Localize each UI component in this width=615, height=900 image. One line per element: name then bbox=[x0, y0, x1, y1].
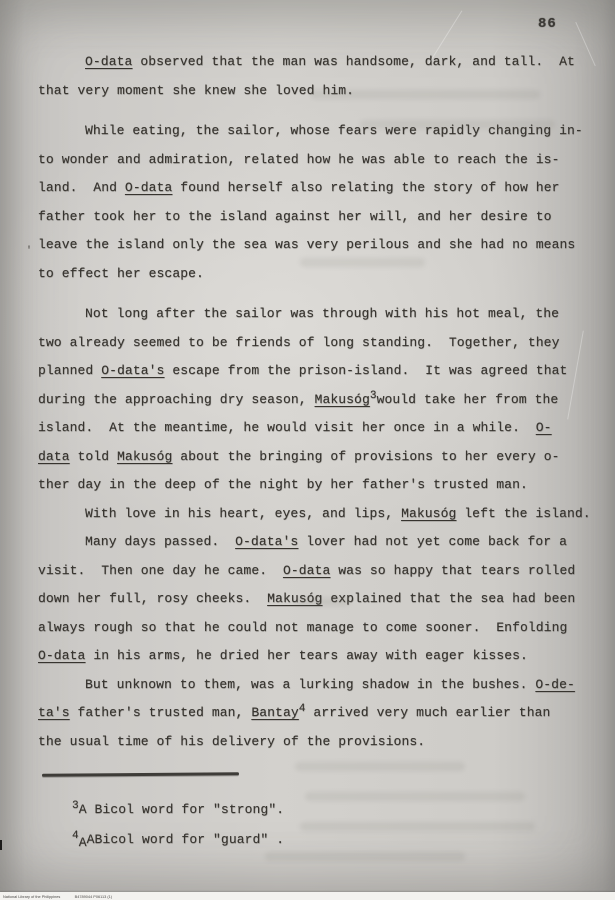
text-segment: two already seemed to be friends of long… bbox=[38, 335, 559, 350]
underlined-term: ta's bbox=[38, 705, 70, 720]
underlined-term: O-de- bbox=[535, 677, 575, 692]
footnote-separator-line bbox=[42, 772, 239, 777]
text-segment: father took her to the island against he… bbox=[38, 209, 552, 224]
scan-edge-mark bbox=[0, 840, 2, 850]
text-line: 4AABicol word for "guard" . bbox=[72, 825, 284, 855]
text-segment: A bbox=[79, 835, 87, 850]
underlined-term: O-data's bbox=[235, 534, 298, 549]
underlined-term: Makusóg bbox=[117, 449, 172, 464]
text-segment: left the island. bbox=[456, 506, 590, 521]
underlined-term: Bantay bbox=[251, 705, 298, 720]
text-segment: ther day in the deep of the night by her… bbox=[38, 477, 528, 492]
footnote-marker: 4 bbox=[299, 703, 306, 715]
page-number: 86 bbox=[538, 16, 557, 32]
scan-footer-text: National Library of the PhilippinesB4789… bbox=[3, 895, 112, 899]
text-line: 3A Bicol word for "strong". bbox=[72, 795, 284, 825]
bleed-through-smudge bbox=[310, 90, 540, 99]
underlined-term: O-data bbox=[38, 648, 85, 663]
text-segment: island. At the meantime, he would visit … bbox=[38, 420, 536, 435]
text-segment: about the bringing of provisions to her … bbox=[172, 449, 559, 464]
text-segment: found herself also relating the story of… bbox=[172, 180, 559, 195]
text-segment: told bbox=[70, 449, 117, 464]
text-line: leave the island only the sea was very p… bbox=[38, 231, 583, 260]
scanned-document-page: 86 O-data observed that the man was hand… bbox=[0, 0, 615, 900]
bleed-through-smudge bbox=[295, 762, 465, 771]
text-line: With love in his heart, eyes, and lips, … bbox=[38, 500, 583, 529]
text-line: to wonder and admiration, related how he… bbox=[38, 146, 583, 175]
text-segment: in his arms, he dried her tears away wit… bbox=[85, 648, 527, 663]
text-segment: the usual time of his delivery of the pr… bbox=[38, 734, 425, 749]
footnotes: 3A Bicol word for "strong".4AABicol word… bbox=[72, 795, 284, 855]
text-line: during the approaching dry season, Makus… bbox=[38, 386, 583, 415]
text-segment: But unknown to them, was a lurking shado… bbox=[85, 677, 535, 692]
text-segment: would take her from the bbox=[377, 392, 559, 407]
text-segment: With love in his heart, eyes, and lips, bbox=[85, 506, 401, 521]
text-segment: observed that the man was handsome, dark… bbox=[132, 54, 574, 69]
bleed-through-smudge bbox=[300, 258, 425, 267]
text-segment: land. And bbox=[38, 180, 125, 195]
text-segment: leave the island only the sea was very p… bbox=[38, 237, 575, 252]
underlined-term: O-data's bbox=[101, 363, 164, 378]
text-segment: visit. Then one day he came. bbox=[38, 563, 283, 578]
underlined-term: data bbox=[38, 449, 70, 464]
text-line: planned O-data's escape from the prison-… bbox=[38, 357, 583, 386]
text-segment: down her full, rosy cheeks. bbox=[38, 591, 267, 606]
footnote-marker: 3 bbox=[72, 800, 79, 812]
text-line: island. At the meantime, he would visit … bbox=[38, 414, 583, 443]
text-line: two already seemed to be friends of long… bbox=[38, 329, 583, 358]
text-segment: explained that the sea had been bbox=[322, 591, 575, 606]
text-segment: arrived very much earlier than bbox=[305, 705, 550, 720]
text-segment: that very moment she knew she loved him. bbox=[38, 83, 354, 98]
footer-library-label: National Library of the Philippines bbox=[3, 895, 60, 899]
bleed-through-smudge bbox=[300, 822, 535, 831]
text-line: But unknown to them, was a lurking shado… bbox=[38, 671, 583, 700]
text-line: Not long after the sailor was through wi… bbox=[38, 300, 583, 329]
text-segment: Many days passed. bbox=[85, 534, 235, 549]
text-line: always rough so that he could not manage… bbox=[38, 614, 583, 643]
text-segment: was so happy that tears rolled bbox=[330, 563, 575, 578]
text-segment: father's trusted man, bbox=[70, 705, 252, 720]
underlined-term: Makusóg bbox=[315, 392, 370, 407]
text-line: land. And O-data found herself also rela… bbox=[38, 174, 583, 203]
underlined-term: O-data bbox=[283, 563, 330, 578]
text-segment: to wonder and admiration, related how he… bbox=[38, 152, 559, 167]
text-line: ta's father's trusted man, Bantay4 arriv… bbox=[38, 699, 583, 728]
text-segment: during the approaching dry season, bbox=[38, 392, 315, 407]
underlined-term: Makusóg bbox=[401, 506, 456, 521]
text-line: data told Makusóg about the bringing of … bbox=[38, 443, 583, 472]
text-segment: Not long after the sailor was through wi… bbox=[85, 306, 559, 321]
bleed-through-smudge bbox=[265, 852, 465, 861]
text-line: the usual time of his delivery of the pr… bbox=[38, 728, 583, 757]
text-segment: escape from the prison-island. It was ag… bbox=[164, 363, 567, 378]
text-line: ther day in the deep of the night by her… bbox=[38, 471, 583, 500]
underlined-term: O-data bbox=[125, 180, 172, 195]
footnote-marker: 3 bbox=[370, 390, 377, 402]
text-segment: always rough so that he could not manage… bbox=[38, 620, 567, 635]
text-segment: planned bbox=[38, 363, 101, 378]
text-line: O-data observed that the man was handsom… bbox=[38, 48, 583, 77]
document-body-text: O-data observed that the man was handsom… bbox=[38, 48, 583, 756]
scan-footer-strip: National Library of the PhilippinesB4789… bbox=[0, 892, 615, 900]
underlined-term: O- bbox=[536, 420, 552, 435]
text-segment: ABicol word for "guard" . bbox=[87, 832, 285, 847]
text-line: Many days passed. O-data's lover had not… bbox=[38, 528, 583, 557]
text-segment: lover had not yet come back for a bbox=[298, 534, 567, 549]
bleed-through-smudge bbox=[305, 792, 525, 801]
footnote-marker: 4 bbox=[72, 830, 79, 842]
text-line: O-data in his arms, he dried her tears a… bbox=[38, 642, 583, 671]
ink-speck: ' bbox=[26, 246, 32, 257]
text-line: visit. Then one day he came. O-data was … bbox=[38, 557, 583, 586]
underlined-term: O-data bbox=[85, 54, 132, 69]
bleed-through-smudge bbox=[360, 120, 555, 129]
text-segment: A Bicol word for "strong". bbox=[79, 802, 284, 817]
text-segment: to effect her escape. bbox=[38, 266, 204, 281]
footer-scan-code: B4789044 P06113 (1) bbox=[75, 895, 112, 899]
text-line: father took her to the island against he… bbox=[38, 203, 583, 232]
bleed-through-smudge bbox=[295, 598, 350, 606]
